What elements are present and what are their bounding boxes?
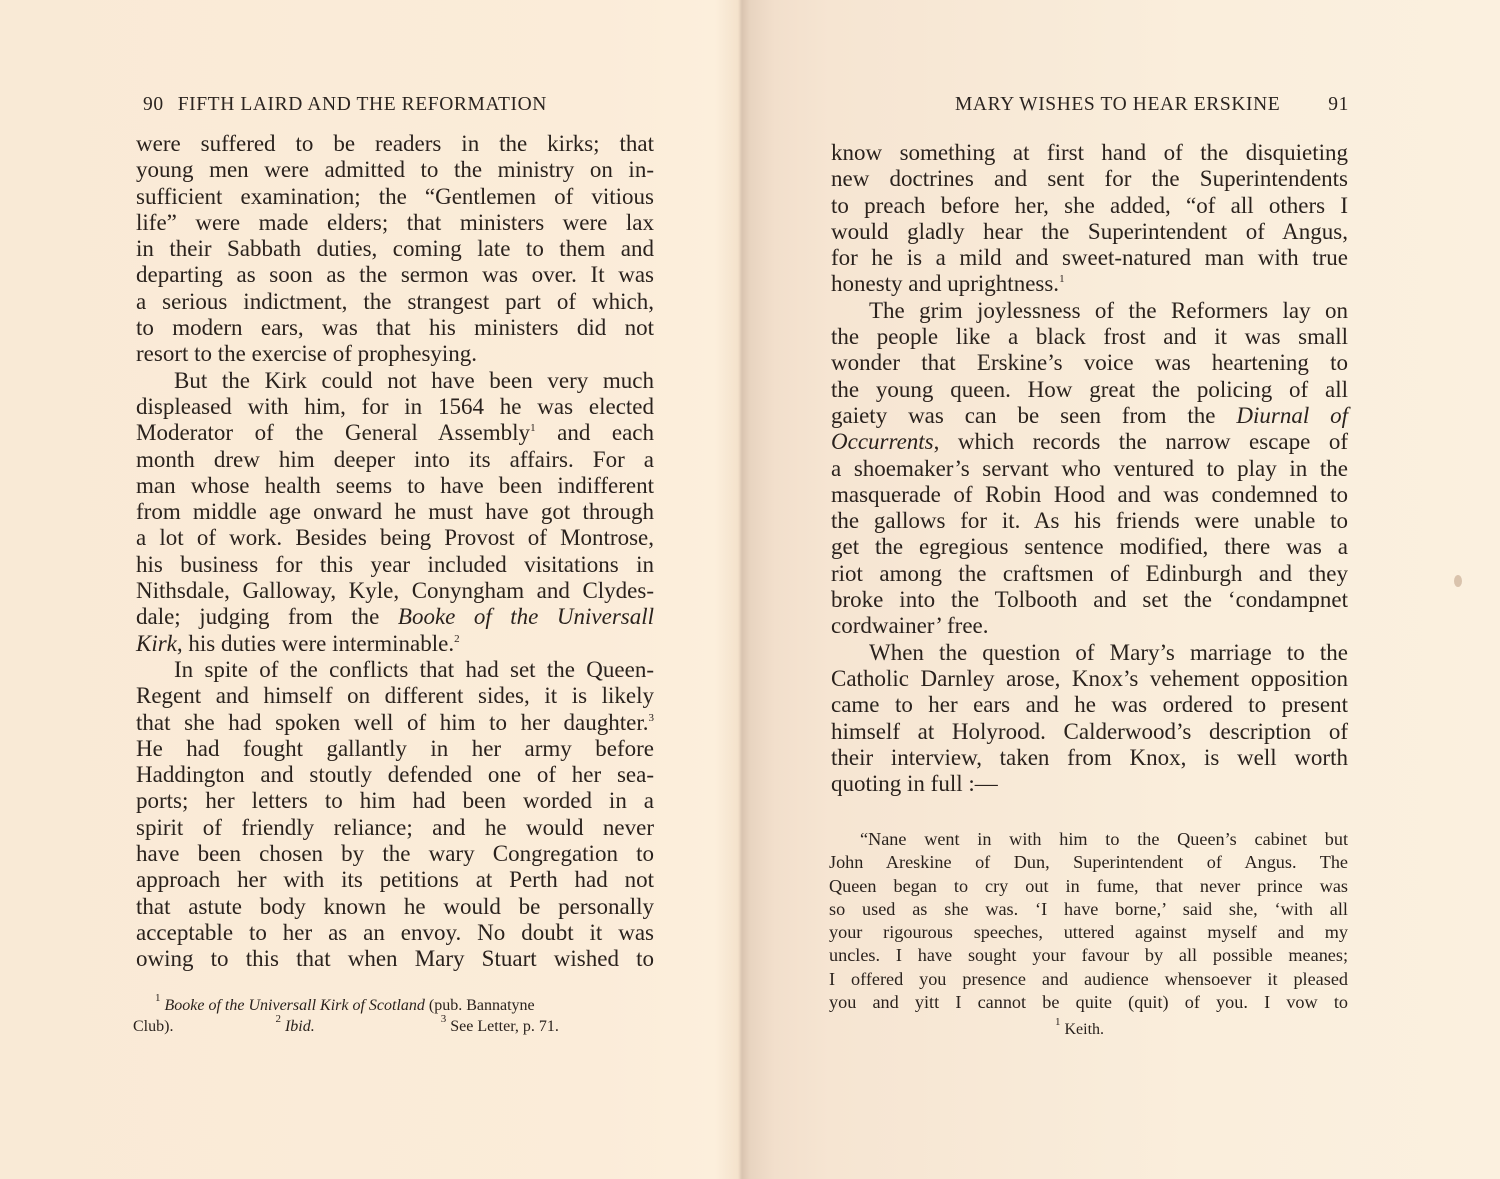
text-line: riot among the craftsmen of Edinburgh an…	[831, 561, 1348, 587]
book-title-italic: Diurnal of	[1236, 403, 1348, 428]
left-body-text: were suffered to be readers in the kirks…	[136, 131, 654, 973]
footnote-ref[interactable]: 1	[530, 422, 536, 434]
text-segment: honesty and uprightness.	[831, 271, 1059, 296]
text-line: He had fought gallantly in her army befo…	[136, 736, 654, 762]
block-quotation: “Nane went in with him to the Queen’s ca…	[829, 828, 1348, 1014]
text-line: his business for this year included visi…	[136, 552, 654, 578]
text-line: resort to the exercise of prophesying.	[136, 341, 654, 367]
text-line: the young queen. How great the policing …	[831, 377, 1348, 403]
text-line: Kirk, his duties were interminable.2	[136, 631, 654, 657]
footnote-mark: 2	[275, 1013, 281, 1025]
text-line: Occurrents, which records the narrow esc…	[831, 429, 1348, 455]
text-line: sufficient examination; the “Gentlemen o…	[136, 184, 654, 210]
footnote-2-italic: Ibid.	[285, 1018, 315, 1035]
right-page: MARY WISHES TO HEAR ERSKINE91 know somet…	[742, 0, 1500, 1179]
page-number-right: 91	[1328, 94, 1349, 116]
text-line: gaiety was can be seen from the Diurnal …	[831, 403, 1348, 429]
text-line: displeased with him, for in 1564 he was …	[136, 394, 654, 420]
footnotes-right: 1 Keith.	[742, 1019, 1500, 1040]
footnote-mark: 1	[1055, 1016, 1061, 1028]
text-line: acceptable to her as an envoy. No doubt …	[136, 920, 654, 946]
quote-line: Queen began to cry out in fume, that nev…	[829, 875, 1348, 898]
text-line: to preach before her, she added, “of all…	[831, 193, 1348, 219]
text-line: wonder that Erskine’s voice was hearteni…	[831, 350, 1348, 376]
quote-line: I offered you presence and audience when…	[829, 968, 1348, 991]
text-line: ports; her letters to him had been worde…	[136, 788, 654, 814]
footnote-ref[interactable]: 3	[649, 712, 655, 724]
footnote-text: Club).	[133, 1018, 173, 1035]
text-segment: that she had spoken well of him to her d…	[136, 710, 649, 735]
quote-line: you and yitt I cannot be quite (quit) of…	[829, 991, 1348, 1014]
paragraph: know something at first hand of the disq…	[831, 140, 1348, 298]
text-line: dale; judging from the Booke of the Univ…	[136, 604, 654, 630]
text-line: a serious indictment, the strangest part…	[136, 289, 654, 315]
paragraph: In spite of the conflicts that had set t…	[136, 657, 654, 973]
text-line: to modern ears, was that his ministers d…	[136, 315, 654, 341]
text-line: that she had spoken well of him to her d…	[136, 710, 654, 736]
text-line: The grim joylessness of the Reformers la…	[831, 298, 1348, 324]
left-page: 90FIFTH LAIRD AND THE REFORMATION were s…	[0, 0, 742, 1179]
text-line: the people like a black frost and it was…	[831, 324, 1348, 350]
footnote-text: Keith.	[1065, 1021, 1105, 1038]
quote-line: so used as she was. ‘I have borne,’ said…	[829, 898, 1348, 921]
book-title-italic: Booke of the Universall	[398, 604, 654, 629]
text-line: Regent and himself on different sides, i…	[136, 683, 654, 709]
paragraph: When the question of Mary’s marriage to …	[831, 640, 1348, 798]
footnote-ref[interactable]: 1	[1059, 273, 1065, 285]
text-line: know something at first hand of the disq…	[831, 140, 1348, 166]
text-line: life” were made elders; that ministers w…	[136, 210, 654, 236]
paper-stain	[1454, 575, 1462, 587]
footnotes-left: 1 Booke of the Universall Kirk of Scotla…	[133, 995, 646, 1037]
quote-line: “Nane went in with him to the Queen’s ca…	[829, 828, 1348, 851]
footnote-mark: 1	[155, 992, 161, 1004]
footnote-3-text: See Letter, p. 71.	[450, 1018, 559, 1035]
paragraph: But the Kirk could not have been very mu…	[136, 368, 654, 657]
text-line: owing to this that when Mary Stuart wish…	[136, 946, 654, 972]
text-line: from middle age onward he must have got …	[136, 499, 654, 525]
text-line: Catholic Darnley arose, Knox’s vehement …	[831, 666, 1348, 692]
running-head-title-right: MARY WISHES TO HEAR ERSKINE	[955, 94, 1280, 115]
footnote-line: Club).2 Ibid.3 See Letter, p. 71.	[133, 1016, 646, 1037]
text-line: approach her with its petitions at Perth…	[136, 867, 654, 893]
text-line: their interview, taken from Knox, is wel…	[831, 745, 1348, 771]
text-segment: , his duties were interminable.	[177, 631, 454, 656]
book-title-italic: Occurrents	[831, 429, 934, 454]
text-line: Moderator of the General Assembly1 and e…	[136, 420, 654, 446]
right-body-text: know something at first hand of the disq…	[831, 140, 1348, 797]
text-line: young men were admitted to the ministry …	[136, 157, 654, 183]
page-number-left: 90	[143, 94, 164, 116]
text-line: in their Sabbath duties, coming late to …	[136, 236, 654, 262]
text-line: get the egregious sentence modified, the…	[831, 534, 1348, 560]
text-line: Nithsdale, Galloway, Kyle, Conyngham and…	[136, 578, 654, 604]
text-line: new doctrines and sent for the Superinte…	[831, 166, 1348, 192]
text-segment: Moderator of the General Assembly	[136, 420, 530, 445]
quote-line: uncles. I have sought your favour by all…	[829, 944, 1348, 967]
text-line: masquerade of Robin Hood and was condemn…	[831, 482, 1348, 508]
text-line: for he is a mild and sweet-natured man w…	[831, 245, 1348, 271]
text-line: cordwainer’ free.	[831, 613, 1348, 639]
text-line: month drew him deeper into its affairs. …	[136, 447, 654, 473]
text-line: came to her ears and he was ordered to p…	[831, 692, 1348, 718]
text-line: honesty and uprightness.1	[831, 271, 1348, 297]
text-line: the gallows for it. As his friends were …	[831, 508, 1348, 534]
running-head-left: 90FIFTH LAIRD AND THE REFORMATION	[143, 94, 618, 116]
quote-line: your rigourous speeches, uttered against…	[829, 921, 1348, 944]
text-line: departing as soon as the sermon was over…	[136, 262, 654, 288]
text-line: quoting in full :—	[831, 771, 1348, 797]
book-title-italic: Booke of the Universall Kirk of Scotland	[165, 997, 425, 1014]
text-line: a shoemaker’s servant who ventured to pl…	[831, 456, 1348, 482]
text-line: man whose health seems to have been indi…	[136, 473, 654, 499]
text-line: But the Kirk could not have been very mu…	[136, 368, 654, 394]
text-line: a lot of work. Besides being Provost of …	[136, 525, 654, 551]
text-line: broke into the Tolbooth and set the ‘con…	[831, 587, 1348, 613]
open-book-spread: 90FIFTH LAIRD AND THE REFORMATION were s…	[0, 0, 1500, 1179]
paragraph: were suffered to be readers in the kirks…	[136, 131, 654, 368]
text-segment: gaiety was can be seen from the	[831, 403, 1216, 428]
quote-line: John Areskine of Dun, Superintendent of …	[829, 851, 1348, 874]
text-segment: dale; judging from the	[136, 604, 379, 629]
running-head-right: MARY WISHES TO HEAR ERSKINE91	[899, 94, 1349, 116]
text-line: himself at Holyrood. Calderwood’s descri…	[831, 719, 1348, 745]
footnote-text: (pub. Bannatyne	[429, 997, 535, 1014]
text-segment: , which records the narrow escape of	[934, 429, 1348, 454]
text-line: were suffered to be readers in the kirks…	[136, 131, 654, 157]
text-line: Haddington and stoutly defended one of h…	[136, 762, 654, 788]
footnote-ref[interactable]: 2	[454, 633, 460, 645]
text-segment: and each	[557, 420, 654, 445]
text-line: that astute body known he would be perso…	[136, 894, 654, 920]
text-line: In spite of the conflicts that had set t…	[136, 657, 654, 683]
footnote-1: 1 Booke of the Universall Kirk of Scotla…	[133, 995, 646, 1016]
footnote-1: 1 Keith.	[742, 1019, 1500, 1040]
text-line: When the question of Mary’s marriage to …	[831, 640, 1348, 666]
text-line: spirit of friendly reliance; and he woul…	[136, 815, 654, 841]
paragraph: The grim joylessness of the Reformers la…	[831, 298, 1348, 640]
text-line: have been chosen by the wary Congregatio…	[136, 841, 654, 867]
book-title-italic: Kirk	[136, 631, 177, 656]
running-head-title-left: FIFTH LAIRD AND THE REFORMATION	[178, 94, 547, 115]
text-line: would gladly hear the Superintendent of …	[831, 219, 1348, 245]
footnote-mark: 3	[441, 1013, 447, 1025]
